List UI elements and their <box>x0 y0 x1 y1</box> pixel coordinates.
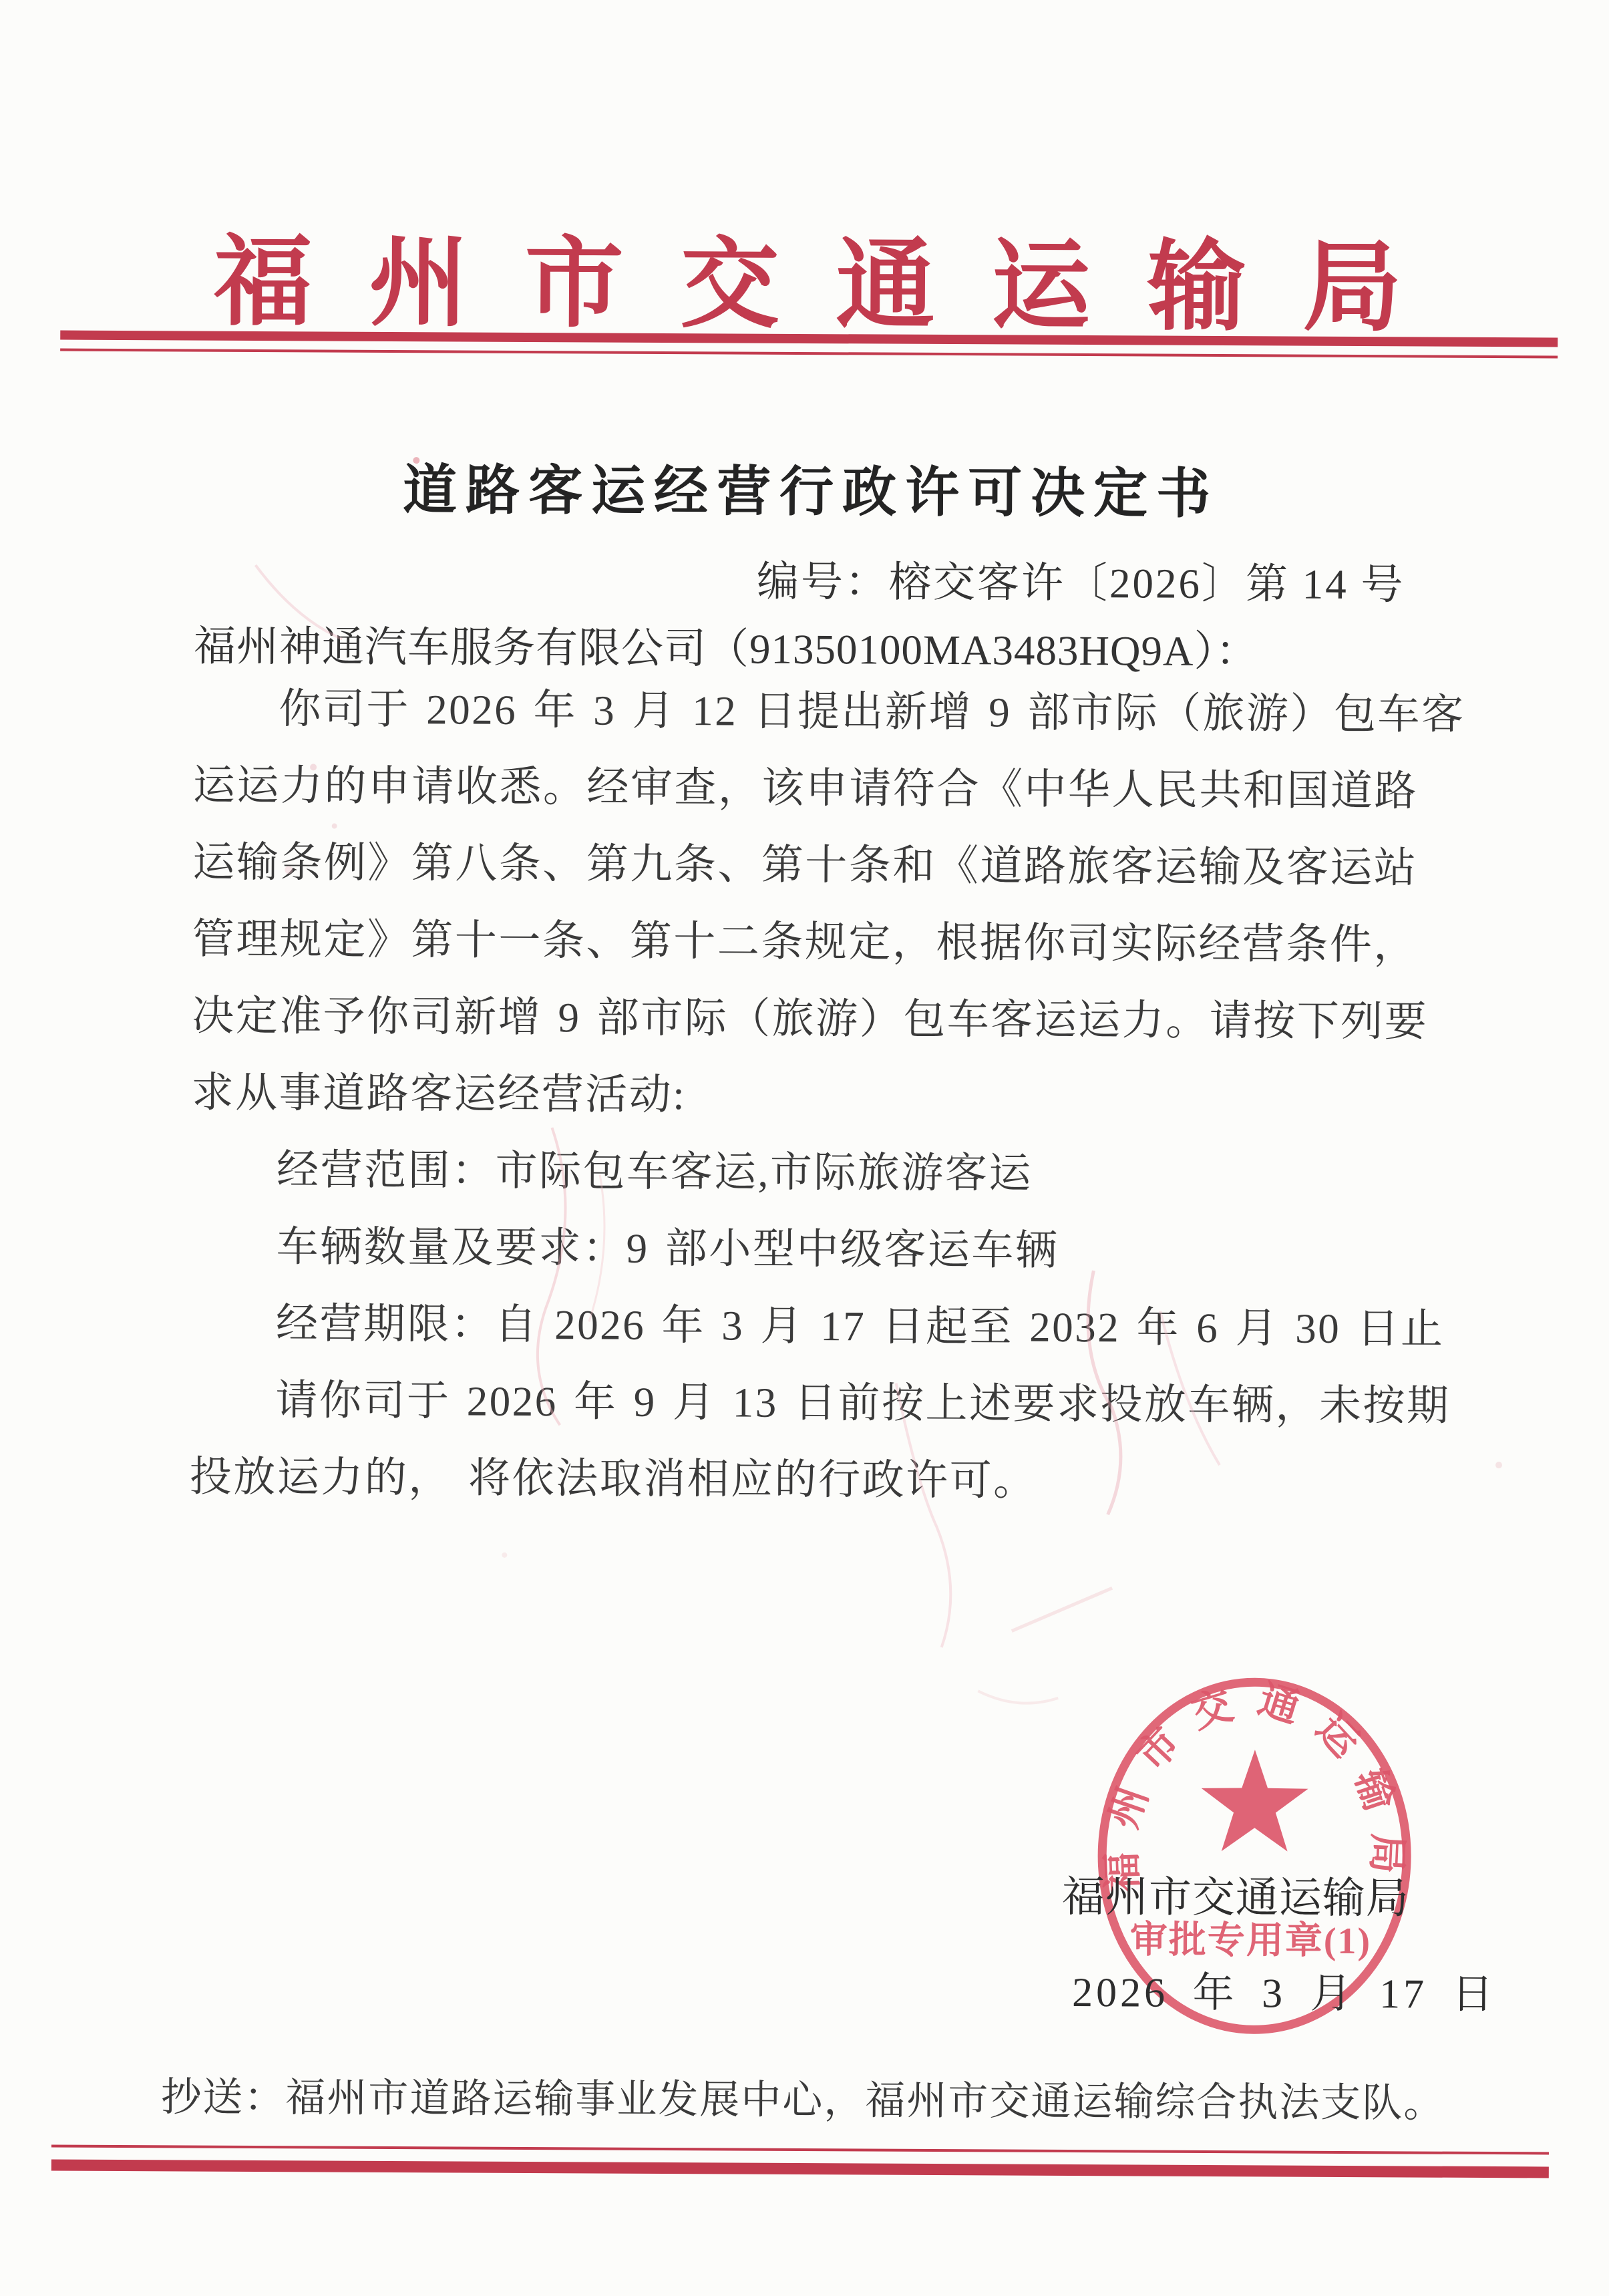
body-line: 运运力的申请收悉。经审查，该申请符合《中华人民共和国道路 <box>193 748 1425 830</box>
signature-organization: 福州市交通运输局 <box>1062 1862 1409 1926</box>
signature-date: 2026 年 3 月 17 日 <box>1072 1959 1497 2020</box>
body-line: 车辆数量及要求：9 部小型中级客运车辆 <box>190 1208 1423 1291</box>
body-line: 经营期限：自 2026 年 3 月 17 日起至 2032 年 6 月 30 日… <box>190 1285 1423 1368</box>
body-line: 请你司于 2026 年 9 月 13 日前按上述要求投放车辆，未按期 <box>190 1362 1422 1445</box>
body-paragraph: 你司于 2026 年 3 月 12 日提出新增 9 部市际（旅游）包车客 运运力… <box>190 671 1425 1522</box>
document-title: 道路客运经营行政许可决定书 <box>2 445 1609 530</box>
scanned-sheet: 福州市交通运输局 道路客运经营行政许可决定书 编号：榕交客许〔2026〕第 14… <box>0 0 1609 2296</box>
cc-line: 抄送：福州市道路运输事业发展中心，福州市交通运输综合执法支队。 <box>161 2065 1445 2128</box>
stamp-star-icon <box>1201 1750 1308 1852</box>
addressee-line: 福州神通汽车服务有限公司（91350100MA3483HQ9A）： <box>194 613 1258 679</box>
body-line: 决定准予你司新增 9 部市际（旅游）包车客运运力。请按下列要 <box>192 978 1424 1061</box>
stamp-caption: 审批专用章(1) <box>1130 1919 1372 1962</box>
footer-rule-thin <box>51 2145 1549 2155</box>
body-line: 管理规定》第十一条、第十二条规定，根据你司实际经营条件， <box>192 901 1425 984</box>
document-page: 福州市交通运输局 道路客运经营行政许可决定书 编号：榕交客许〔2026〕第 14… <box>0 0 1609 2296</box>
agency-header: 福州市交通运输局 <box>3 202 1609 351</box>
document-number: 编号：榕交客许〔2026〕第 14 号 <box>757 548 1405 612</box>
footer-rule-thick <box>51 2160 1549 2178</box>
body-line: 运输条例》第八条、第九条、第十条和《道路旅客运输及客运站 <box>192 824 1425 907</box>
body-line: 投放运力的， 将依法取消相应的行政许可。 <box>190 1439 1422 1522</box>
body-line: 求从事道路客运经营活动: <box>191 1055 1423 1138</box>
body-line: 经营范围：市际包车客运,市际旅游客运 <box>191 1132 1423 1214</box>
body-line: 你司于 2026 年 3 月 12 日提出新增 9 部市际（旅游）包车客 <box>193 671 1425 754</box>
